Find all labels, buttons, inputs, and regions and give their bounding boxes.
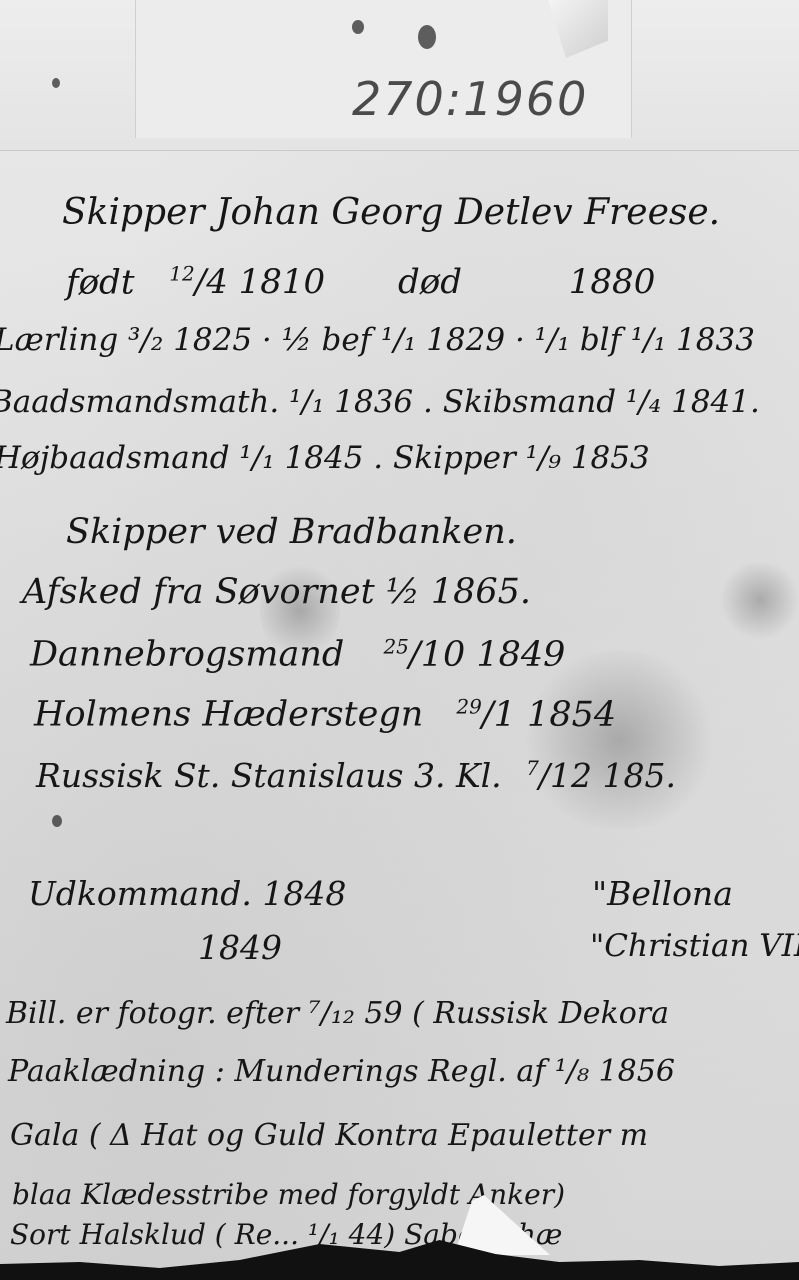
handwritten-line-1849: 1849 bbox=[198, 928, 282, 967]
water-stain bbox=[720, 560, 799, 640]
document-paper: 270:1960 Skipper Johan Georg Detlev Free… bbox=[0, 0, 799, 1280]
ink-blot bbox=[52, 78, 60, 88]
handwritten-line-name: Skipper Johan Georg Detlev Freese. bbox=[62, 192, 720, 233]
handwritten-line-bradbanken: Skipper ved Bradbanken. bbox=[66, 512, 517, 552]
ink-blot bbox=[418, 25, 436, 49]
ship-christian-viii: "Christian VIII bbox=[590, 928, 799, 964]
handwritten-line-photo: Bill. er fotogr. efter ⁷/₁₂ 59 ( Russisk… bbox=[6, 996, 669, 1031]
handwritten-line-dannebrog: Dannebrogsmand 25/10 1849 bbox=[30, 634, 565, 675]
handwritten-line-holmens: Holmens Hæderstegn 29/1 1854 bbox=[34, 694, 616, 735]
handwritten-line-stanislaus: Russisk St. Stanislaus 3. Kl. 7/12 185. bbox=[36, 756, 676, 795]
died-year: 1880 bbox=[569, 262, 656, 302]
handwritten-line-uniform: Paaklædning : Munderings Regl. af ¹/₈ 18… bbox=[8, 1054, 675, 1089]
ink-blot bbox=[52, 815, 62, 827]
handwritten-line-career-3: Højbaadsmand ¹/₁ 1845 . Skipper ¹/₉ 1853 bbox=[0, 440, 650, 476]
handwritten-line-career-1: Lærling ³/₂ 1825 · ½ bef ¹/₁ 1829 · ¹/₁ … bbox=[0, 322, 755, 358]
handwritten-line-born: født 12/4 1810 død 1880 bbox=[66, 262, 655, 302]
born-label: født bbox=[66, 262, 134, 302]
ship-bellona: "Bellona bbox=[592, 874, 733, 913]
handwritten-line-gala: Gala ( Δ Hat og Guld Kontra Epauletter m bbox=[10, 1118, 648, 1153]
water-stain bbox=[520, 650, 720, 830]
died-label: død bbox=[398, 262, 462, 302]
handwritten-line-career-2: Baadsmandsmath. ¹/₁ 1836 . Skibsmand ¹/₄… bbox=[0, 384, 760, 420]
handwritten-line-discharge: Afsked fra Søvornet ½ 1865. bbox=[22, 572, 531, 612]
born-date: /4 1810 bbox=[195, 262, 325, 302]
handwritten-line-udkommand-1848: Udkommand. 1848 bbox=[28, 874, 346, 913]
ink-blot bbox=[352, 20, 364, 34]
archive-number: 270:1960 bbox=[352, 72, 588, 126]
